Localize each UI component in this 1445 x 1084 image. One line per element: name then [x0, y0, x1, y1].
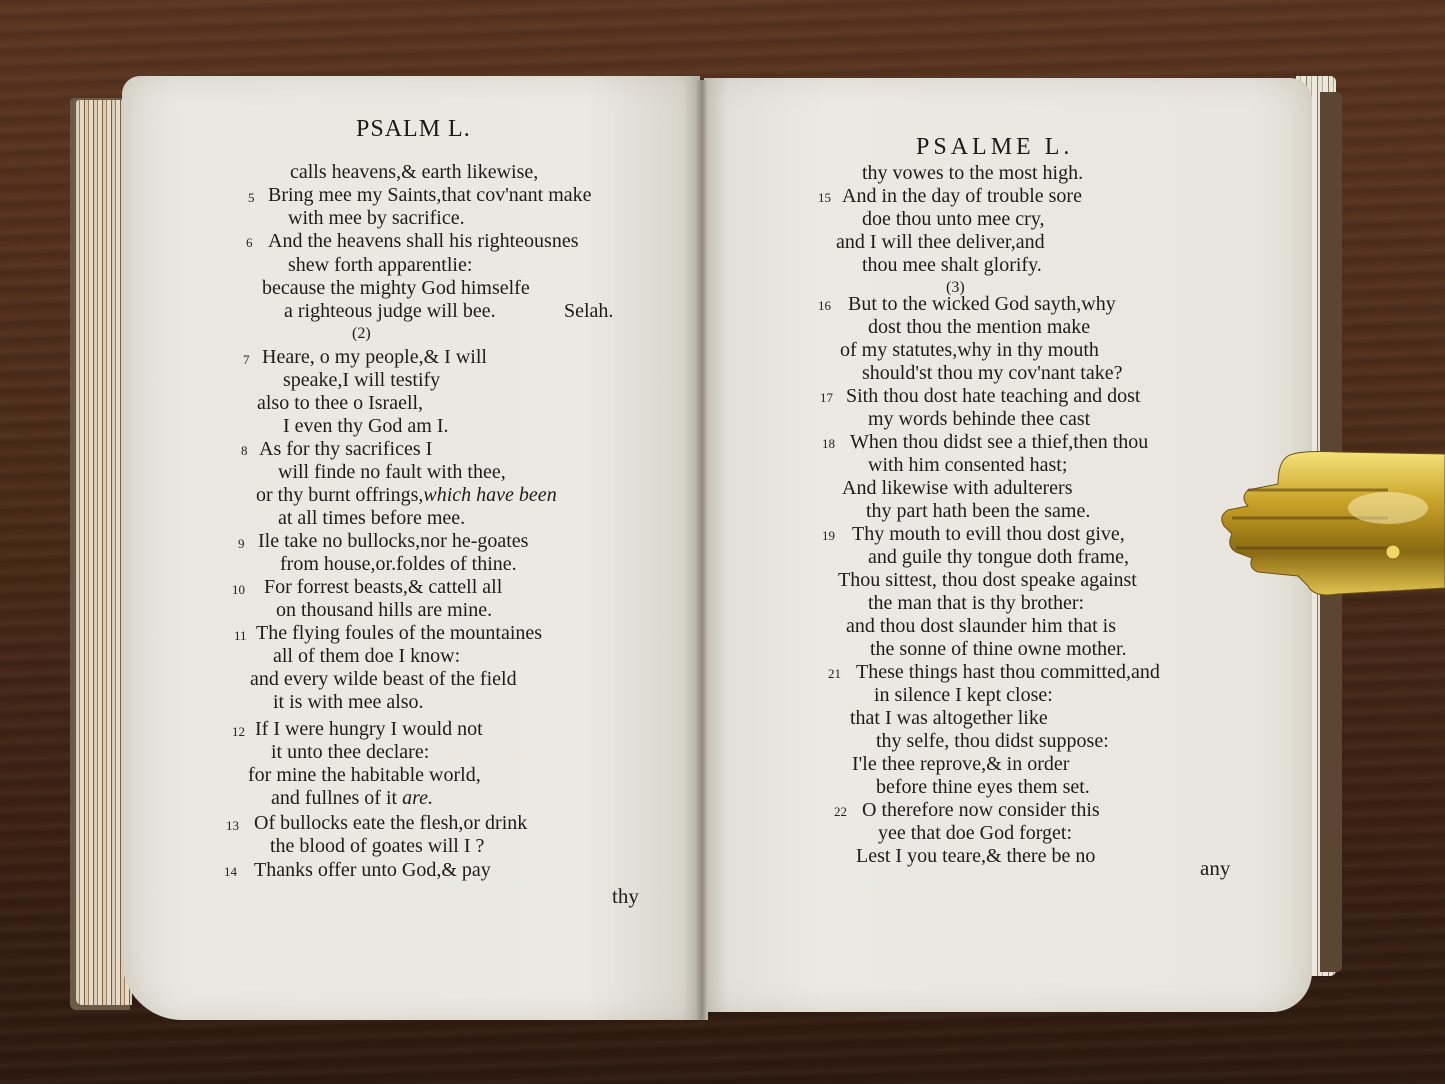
text-line: Ile take no bullocks,nor he-goates — [258, 529, 528, 553]
text-line: And the heavens shall his righteousnes — [268, 229, 579, 253]
text-line: Thanks offer unto God,& pay — [254, 858, 491, 882]
text-line: thou mee shalt glorify. — [862, 253, 1042, 277]
verse-number: 18 — [822, 436, 835, 452]
text-line: And in the day of trouble sore — [842, 184, 1082, 208]
text-line: also to thee o Israell, — [257, 391, 423, 415]
verse-number: 14 — [224, 864, 237, 880]
text-line: with mee by sacrifice. — [288, 206, 465, 230]
text-line: thy part hath been the same. — [866, 499, 1090, 523]
left-page-heading: PSALM L. — [356, 116, 471, 143]
catchword: any — [1200, 856, 1230, 881]
text-line: I even thy God am I. — [283, 414, 449, 438]
text-line: Of bullocks eate the flesh,or drink — [254, 811, 527, 835]
text-line-italic: are. — [402, 787, 433, 809]
verse-number: 8 — [241, 443, 248, 459]
text-line: it unto thee declare: — [271, 740, 429, 764]
text-line: and fullnes of it are. — [271, 786, 433, 810]
text-line: with him consented hast; — [868, 453, 1067, 477]
text-line: yee that doe God forget: — [878, 821, 1072, 845]
text-line: The flying foules of the mountaines — [256, 621, 542, 645]
text-line: the blood of goates will I ? — [270, 834, 484, 858]
text-line: speake,I will testify — [283, 368, 440, 392]
text-line: Bring mee my Saints,that cov'nant make — [268, 183, 592, 207]
verse-number: 21 — [828, 666, 841, 682]
text-line: on thousand hills are mine. — [276, 598, 492, 622]
text-line: and I will thee deliver,and — [836, 230, 1045, 254]
text-line-italic: which have been — [423, 484, 556, 506]
text-line: I'le thee reprove,& in order — [852, 752, 1069, 776]
text-line: of my statutes,why in thy mouth — [840, 338, 1099, 362]
book-gutter — [696, 80, 708, 1020]
verse-number: 7 — [243, 352, 250, 368]
text-line: the man that is thy brother: — [868, 591, 1084, 615]
verse-number: 17 — [820, 390, 833, 406]
text-line: If I were hungry I would not — [255, 717, 483, 741]
text-line: a righteous judge will bee. — [284, 299, 496, 323]
text-line: And likewise with adulterers — [842, 476, 1073, 500]
selah-marker: Selah. — [564, 299, 613, 323]
text-line: my words behinde thee cast — [868, 407, 1090, 431]
gold-hand-bookmark-icon — [1218, 448, 1445, 598]
text-line: that I was altogether like — [850, 706, 1048, 730]
text-line: thy vowes to the most high. — [862, 161, 1083, 185]
text-line: at all times before mee. — [278, 506, 465, 530]
verse-number: 22 — [834, 804, 847, 820]
text-line: But to the wicked God sayth,why — [848, 292, 1116, 316]
verse-number: 16 — [818, 298, 831, 314]
text-line: because the mighty God himselfe — [262, 276, 530, 300]
text-line: calls heavens,& earth likewise, — [290, 160, 538, 184]
verse-number: 12 — [232, 724, 245, 740]
text-line: thy selfe, thou didst suppose: — [876, 729, 1109, 753]
right-page-heading: PSALME L. — [916, 134, 1073, 161]
text-line-plain: or thy burnt offrings, — [256, 484, 423, 506]
text-line: it is with mee also. — [273, 690, 424, 714]
text-line: Sith thou dost hate teaching and dost — [846, 384, 1140, 408]
text-line: and every wilde beast of the field — [250, 667, 517, 691]
text-line: in silence I kept close: — [874, 683, 1053, 707]
section-number: (2) — [352, 322, 371, 346]
catchword: thy — [612, 884, 639, 909]
verse-number: 10 — [232, 582, 245, 598]
text-line: should'st thou my cov'nant take? — [862, 361, 1123, 385]
text-line: all of them doe I know: — [273, 644, 460, 668]
text-line: As for thy sacrifices I — [259, 437, 432, 461]
text-line: the sonne of thine owne mother. — [870, 637, 1127, 661]
text-line: Heare, o my people,& I will — [262, 345, 487, 369]
text-line: dost thou the mention make — [868, 315, 1090, 339]
text-line: When thou didst see a thief,then thou — [850, 430, 1148, 454]
text-line-plain: and fullnes of it — [271, 787, 397, 809]
text-line: before thine eyes them set. — [876, 775, 1090, 799]
verse-number: 19 — [822, 528, 835, 544]
text-line: Thou sittest, thou dost speake against — [838, 568, 1137, 592]
verse-number: 9 — [238, 536, 245, 552]
text-line: from house,or.foldes of thine. — [280, 552, 517, 576]
text-line: for mine the habitable world, — [248, 763, 481, 787]
verse-number: 11 — [234, 628, 247, 644]
text-line: shew forth apparentlie: — [288, 253, 472, 277]
text-line: and guile thy tongue doth frame, — [868, 545, 1129, 569]
verse-number: 6 — [246, 235, 253, 251]
text-line: Lest I you teare,& there be no — [856, 844, 1095, 868]
text-line: These things hast thou committed,and — [856, 660, 1160, 684]
text-line: or thy burnt offrings,which have been — [256, 483, 557, 507]
verse-number: 13 — [226, 818, 239, 834]
text-line: For forrest beasts,& cattell all — [264, 575, 502, 599]
verse-number: 5 — [248, 190, 255, 206]
verse-number: 15 — [818, 190, 831, 206]
text-line: and thou dost slaunder him that is — [846, 614, 1116, 638]
text-line: Thy mouth to evill thou dost give, — [852, 522, 1125, 546]
text-line: O therefore now consider this — [862, 798, 1100, 822]
text-line: doe thou unto mee cry, — [862, 207, 1045, 231]
text-line: will finde no fault with thee, — [278, 460, 506, 484]
photo-scene: PSALM L. calls heavens,& earth likewise,… — [0, 0, 1445, 1084]
